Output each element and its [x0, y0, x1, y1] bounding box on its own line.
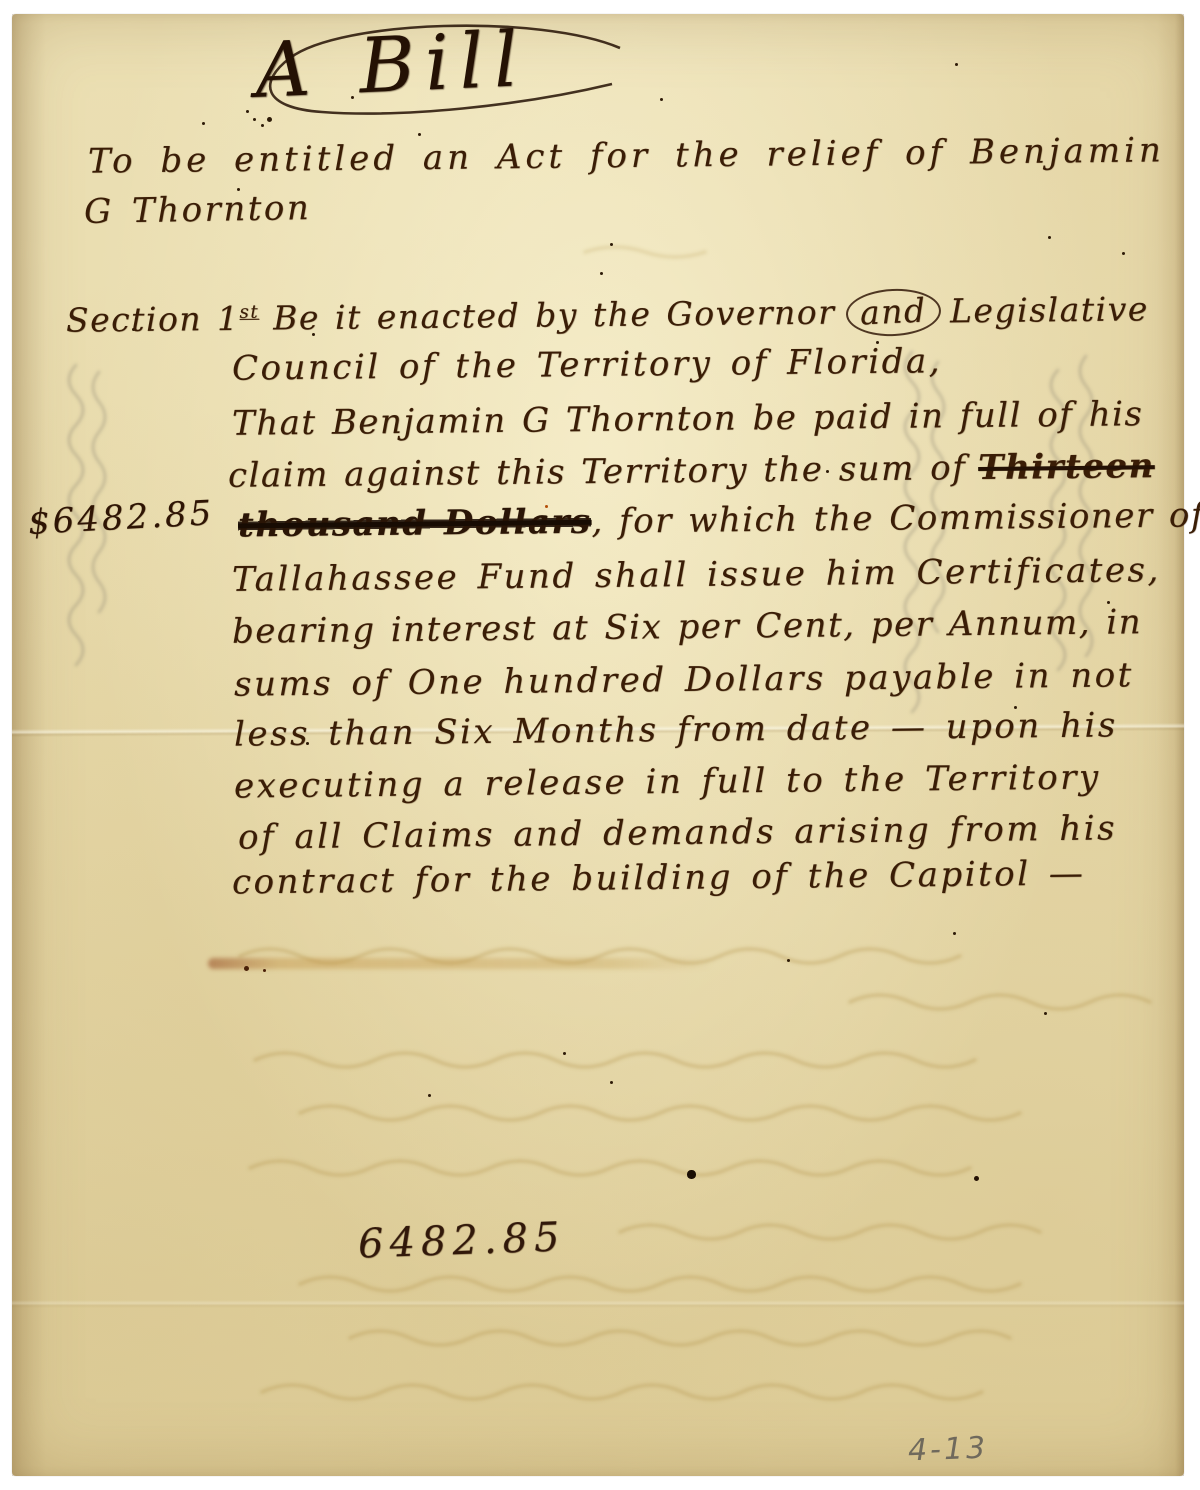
footer-amount: 6482.85 — [357, 1214, 566, 1267]
enacting-clause-start: Be it enacted by the Governor — [273, 293, 836, 338]
struck-words-thousand-dollars: thousand Dollars — [238, 502, 592, 546]
stain-smudge — [208, 958, 713, 969]
scanned-manuscript-page: A Bill To be entitled an Act for the rel… — [0, 0, 1200, 1490]
heading-line-2: G Thornton — [84, 188, 312, 232]
document-title: A Bill — [253, 14, 529, 115]
ink-specks — [0, 0, 3, 3]
section-1-line-2: Council of the Territory of Florida, — [232, 341, 942, 388]
section-label: Section 1 — [66, 299, 240, 340]
section-ordinal-suffix: st — [239, 302, 259, 323]
body-line-3-text: , for which the Commissioner of the — [591, 495, 1200, 542]
struck-word-thirteen: Thirteen — [978, 446, 1155, 488]
archival-page-mark: 4-13 — [907, 1431, 988, 1469]
body-line-2-text: claim against this Territory the sum of — [228, 448, 967, 496]
circled-word-and: and — [845, 287, 942, 338]
enacting-clause-end: Legislative — [950, 289, 1149, 330]
